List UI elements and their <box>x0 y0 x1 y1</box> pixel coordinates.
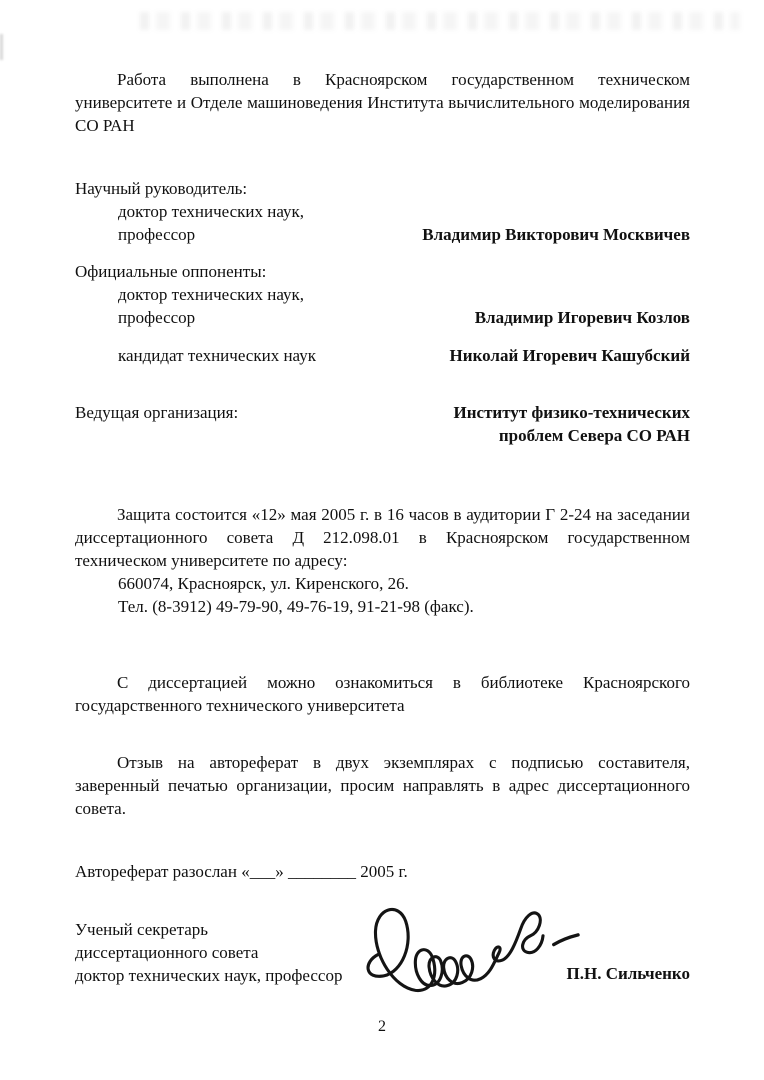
page-number: 2 <box>0 1015 764 1038</box>
signature <box>355 892 583 1004</box>
secretary-name: П.Н. Сильченко <box>567 962 691 985</box>
supervisor-degree: доктор технических наук, <box>75 200 690 223</box>
signature-icon <box>355 892 583 1004</box>
supervisor-title: профессор <box>75 223 195 246</box>
opponent1-name: Владимир Игоревич Козлов <box>475 306 690 329</box>
leading-org-label: Ведущая организация: <box>75 401 238 424</box>
intro-paragraph: Работа выполнена в Красноярском государс… <box>75 68 690 137</box>
library-paragraph: С диссертацией можно ознакомиться в библ… <box>75 671 690 717</box>
supervisor-section: Научный руководитель: доктор технических… <box>75 177 690 246</box>
leading-org-section: Ведущая организация: Институт физико-тех… <box>75 401 690 447</box>
opponent1-title: профессор <box>75 306 195 329</box>
opponent2-degree: кандидат технических наук <box>75 344 316 367</box>
opponents-section: Официальные оппоненты: доктор технически… <box>75 260 690 367</box>
opponents-label: Официальные оппоненты: <box>75 260 690 283</box>
secretary-section: Ученый секретарь диссертационного совета… <box>75 918 690 1028</box>
leading-org-name: Институт физико-технических проблем Севе… <box>454 401 690 447</box>
supervisor-name: Владимир Викторович Москвичев <box>422 223 690 246</box>
defense-paragraph: Защита состоится «12» мая 2005 г. в 16 ч… <box>75 503 690 572</box>
defense-phone: Тел. (8-3912) 49-79-90, 49-76-19, 91-21-… <box>75 595 690 618</box>
document-page: Работа выполнена в Красноярском государс… <box>0 0 764 1080</box>
scan-edge-artifact <box>0 34 3 60</box>
defense-section: Защита состоится «12» мая 2005 г. в 16 ч… <box>75 503 690 618</box>
opponent2-name: Николай Игоревич Кашубский <box>450 344 690 367</box>
distribution-line: Автореферат разослан «___» ________ 2005… <box>75 860 690 883</box>
opponent1-degree: доктор технических наук, <box>75 283 690 306</box>
defense-address: 660074, Красноярск, ул. Киренского, 26. <box>75 572 690 595</box>
review-paragraph: Отзыв на автореферат в двух экземплярах … <box>75 751 690 820</box>
scan-noise-artifact <box>140 12 740 30</box>
supervisor-label: Научный руководитель: <box>75 177 690 200</box>
